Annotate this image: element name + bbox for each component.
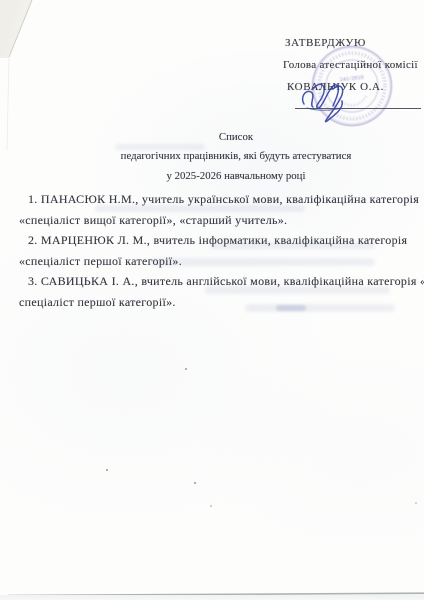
scanned-document: { "approval": { "stamp_word": "ЗАТВЕРДЖУ… [0,0,424,600]
paper-corner-fold [0,0,40,60]
list-item-1-line-1: 1. ПАНАСЮК Н.М., учитель української мов… [28,192,419,207]
scanner-bed-strip [0,595,424,600]
scan-speck [194,482,196,484]
list-item-3-line-2: спеціаліст першої категорії». [19,295,176,310]
list-item-3-line-1: 3. САВИЦЬКА І. А., вчитель англійської м… [28,274,424,289]
doc-title-line3: у 2025-2026 навчальному році [40,170,424,182]
bleedthrough-mark [276,305,306,311]
list-item-1-line-2: «спеціаліст вищої категорії», «старший у… [19,213,287,228]
bleedthrough-mark [150,258,375,266]
doc-title-line1: Список [40,131,424,143]
scan-speck [210,505,212,507]
scan-speck [185,368,187,370]
approval-word: ЗАТВЕРДЖУЮ [285,37,366,49]
list-item-2-line-2: «спеціаліст першої категорії». [19,254,182,269]
scan-speck [106,469,108,471]
scan-speck [415,502,417,504]
bleedthrough-mark [245,304,395,312]
approval-chair-title: Голова атестаційної комісії [283,59,418,71]
doc-title-line2: педагогічних працівників, які будуть ате… [40,150,424,162]
signature-ink [297,80,377,134]
list-item-2-line-1: 2. МАРЦЕНЮК Л. М., вчитель інформатики, … [28,233,407,248]
